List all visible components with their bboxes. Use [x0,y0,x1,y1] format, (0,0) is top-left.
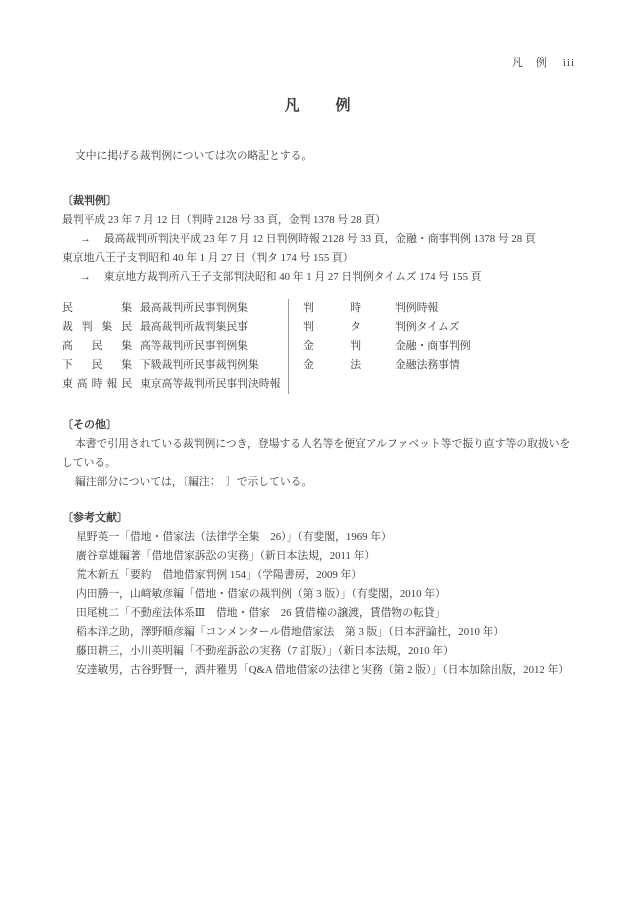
abbreviation-column-right: 判時 判例時報 判タ 判例タイムズ 金判 金融・商事判例 金法 金融法務事情 [288,299,575,394]
abbreviation-label: 高民集 [62,337,132,356]
reference-item: 星野英一「借地・借家法（法律学全集 26）」（有斐閣，1969 年） [62,528,575,547]
section-heading-sankobunken: 〔参考文献〕 [62,509,575,528]
citation-text: 東京地八王子支判昭和 40 年 1 月 27 日（判タ 174 号 155 頁） [62,252,354,264]
reference-item: 稻本洋之助，澤野順彦編「コンメンタール借地借家法 第 3 版」（日本評論社，20… [62,623,575,642]
abbreviation-label: 判時 [303,299,361,318]
abbreviation-row: 金法 金融法務事情 [303,356,575,375]
abbreviation-row: 金判 金融・商事判例 [303,337,575,356]
running-head: 凡 例 iii [62,56,575,70]
citation-example: 東京地八王子支判昭和 40 年 1 月 27 日（判タ 174 号 155 頁） [62,249,575,268]
abbreviation-full: 最高裁判所民事判例集 [140,299,248,318]
abbreviation-row: 判タ 判例タイムズ [303,318,575,337]
page-number: iii [563,56,575,70]
abbreviation-full: 金融・商事判例 [395,337,471,356]
citation-example: 最判平成 23 年 7 月 12 日（判時 2128 号 33 頁，金判 137… [62,211,575,230]
abbreviation-row: 裁判集民 最高裁判所裁判集民事 [62,318,288,337]
abbreviation-full: 金融法務事情 [395,356,460,375]
section-sonota: 〔その他〕 本書で引用されている裁判例につき，登場する人名等を便宜アルファベット… [62,416,575,492]
reference-item: 安達敏男，古谷野賢一，酒井雅男「Q&A 借地借家の法律と実務（第 2 版）」（日… [62,661,575,680]
abbreviation-label: 金法 [303,356,361,375]
citation-expansion: →東京地方裁判所八王子支部判決昭和 40 年 1 月 27 日判例タイムズ 17… [62,268,575,287]
abbreviation-table: 民集 最高裁判所民事判例集 裁判集民 最高裁判所裁判集民事 高民集 高等裁判所民… [62,299,575,394]
abbreviation-label: 判タ [303,318,361,337]
citation-text: 東京地方裁判所八王子支部判決昭和 40 年 1 月 27 日判例タイムズ 174… [104,271,482,283]
abbreviation-label: 東高時報民 [62,375,132,394]
sonota-paragraph: 本書で引用されている裁判例につき，登場する人名等を便宜アルファベット等で振り直す… [62,435,575,473]
abbreviation-label: 民集 [62,299,132,318]
abbreviation-label: 下民集 [62,356,132,375]
page-title: 凡 例 [62,96,575,116]
abbreviation-full: 判例タイムズ [395,318,460,337]
abbreviation-column-left: 民集 最高裁判所民事判例集 裁判集民 最高裁判所裁判集民事 高民集 高等裁判所民… [62,299,288,394]
abbreviation-row: 民集 最高裁判所民事判例集 [62,299,288,318]
abbreviation-row: 判時 判例時報 [303,299,575,318]
reference-item: 廣谷章雄編著「借地借家訴訟の実務」（新日本法規，2011 年） [62,547,575,566]
citation-text: 最高裁判所判決平成 23 年 7 月 12 日判例時報 2128 号 33 頁，… [104,233,536,245]
abbreviation-label: 裁判集民 [62,318,132,337]
arrow-icon: → [80,230,91,249]
abbreviation-full: 高等裁判所民事判例集 [140,337,248,356]
section-heading-hanrei: 〔裁判例〕 [62,192,575,211]
reference-item: 荒木新五「要約 借地借家判例 154」（学陽書房，2009 年） [62,566,575,585]
abbreviation-label: 金判 [303,337,361,356]
running-head-title: 凡 例 [512,56,548,70]
abbreviation-row: 東高時報民 東京高等裁判所民事判決時報 [62,375,288,394]
section-sankobunken: 〔参考文献〕 星野英一「借地・借家法（法律学全集 26）」（有斐閣，1969 年… [62,509,575,680]
abbreviation-full: 下級裁判所民事裁判例集 [140,356,259,375]
reference-item: 内田勝一，山﨑敏彦編「借地・借家の裁判例（第 3 版）」（有斐閣，2010 年） [62,585,575,604]
section-heading-sonota: 〔その他〕 [62,416,575,435]
intro-text: 文中に掲げる裁判例については次の略記とする。 [62,147,575,166]
reference-item: 藤田耕三，小川英明編「不動産訴訟の実務（7 訂版）」（新日本法規，2010 年） [62,642,575,661]
abbreviation-full: 判例時報 [395,299,438,318]
reference-item: 田尾桃二「不動産法体系Ⅲ 借地・借家 26 賃借権の譲渡，賃借物の転貸」 [62,604,575,623]
abbreviation-full: 最高裁判所裁判集民事 [140,318,248,337]
section-hanrei: 〔裁判例〕 最判平成 23 年 7 月 12 日（判時 2128 号 33 頁，… [62,192,575,394]
abbreviation-row: 下民集 下級裁判所民事裁判例集 [62,356,288,375]
arrow-icon: → [80,268,91,287]
abbreviation-full: 東京高等裁判所民事判決時報 [140,375,280,394]
abbreviation-row: 高民集 高等裁判所民事判例集 [62,337,288,356]
citation-text: 最判平成 23 年 7 月 12 日（判時 2128 号 33 頁，金判 137… [62,214,386,226]
document-page: 凡 例 iii 凡 例 文中に掲げる裁判例については次の略記とする。 〔裁判例〕… [0,0,636,900]
sonota-paragraph: 編注部分については，〔編注： 〕で示している。 [62,473,575,492]
citation-expansion: →最高裁判所判決平成 23 年 7 月 12 日判例時報 2128 号 33 頁… [62,230,575,249]
